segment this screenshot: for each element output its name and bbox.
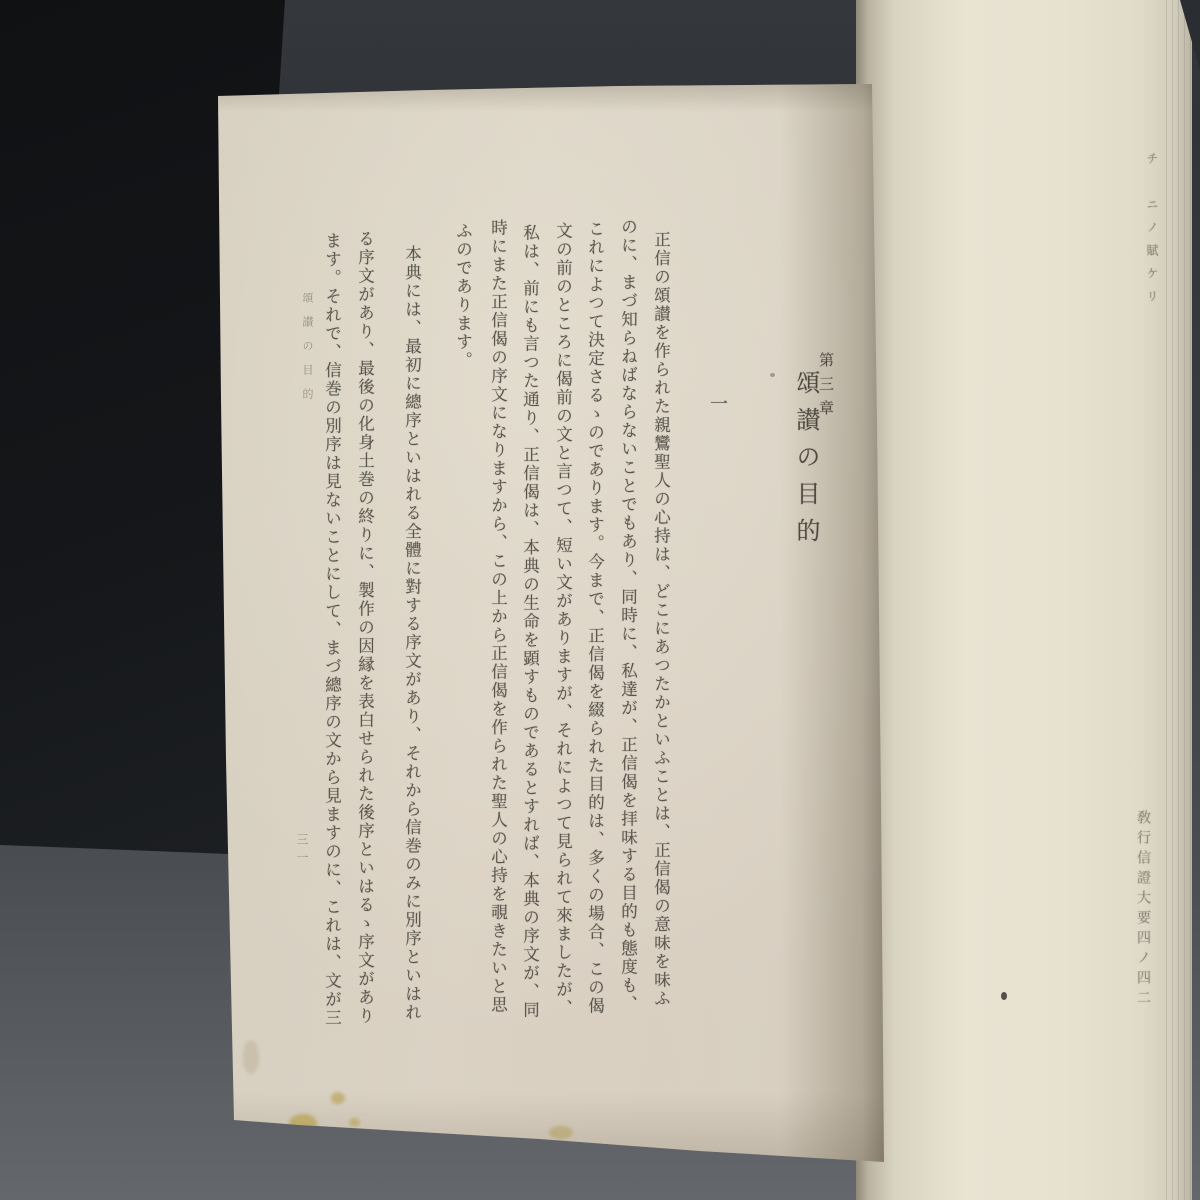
stain (331, 1092, 345, 1104)
paper-speck (770, 373, 775, 377)
text-column: 正信の頌讃を作られた親鸞聖人の心持は、どこにあつたかといふことは、正信偈の意味を… (652, 231, 669, 1008)
adjacent-page-faint-text-bottom: 敎行信證大要四ノ四二 (1136, 810, 1150, 1010)
adjacent-page-stack (856, 0, 1192, 1200)
stain (289, 1114, 317, 1133)
stain (549, 1126, 573, 1139)
text-column: 本典には、最初に總序といはれる全體に對する序文があり、それから信巻のみに別序とい… (403, 245, 420, 1022)
chapter-heading: 第三章 頌讃の目的 (794, 352, 834, 555)
adjacent-page-faint-text-top: チ ニノ賦ケリ (1146, 152, 1158, 313)
page-number: 三一 (296, 833, 308, 869)
text-column: 私は、前にも言つた通り、正信偈は、本典の生命を顕すものであるとすれば、本典の序文… (521, 224, 538, 1020)
text-column: る序文があり、最後の化身土巻の終りに、製作の因縁を表白せられた後序といはるゝ序文… (356, 230, 373, 1026)
stain (349, 1118, 360, 1127)
running-title: 頌讃の目的 (302, 292, 313, 412)
text-column: これによつて決定さるゝのであります。今まで、正信偈を綴られた目的は、多くの場合、… (586, 220, 603, 1016)
text-column: ふのであります。 (454, 222, 471, 370)
text-column: 文の前のところに偈前の文と言つて、短い文がありますが、それによつて見られて來まし… (554, 222, 571, 1018)
page-fore-edge-lines (1166, 0, 1192, 1200)
text-column: のに、まづ知らねばならないことでもあり、同時に、私達が、正信偈を拝味する目的も態… (619, 218, 636, 1014)
text-column: 時にまた正信偈の序文になりますから、この上から正信偈を作られた聖人の心持を覗きた… (489, 219, 506, 1015)
ink-speck (1001, 992, 1007, 1000)
section-number: 一 (708, 394, 726, 412)
chapter-title: 頌讃の目的 (794, 370, 818, 555)
photo-of-open-book: チ ニノ賦ケリ 敎行信證大要四ノ四二 第三章 頌讃の目的 一 正信の頌讃を作られ… (0, 0, 1200, 1200)
text-column: ます。それで、信巻の別序は見ないことにして、まづ總序の文から見ますのに、これは、… (323, 232, 340, 1028)
stain (243, 1040, 259, 1074)
